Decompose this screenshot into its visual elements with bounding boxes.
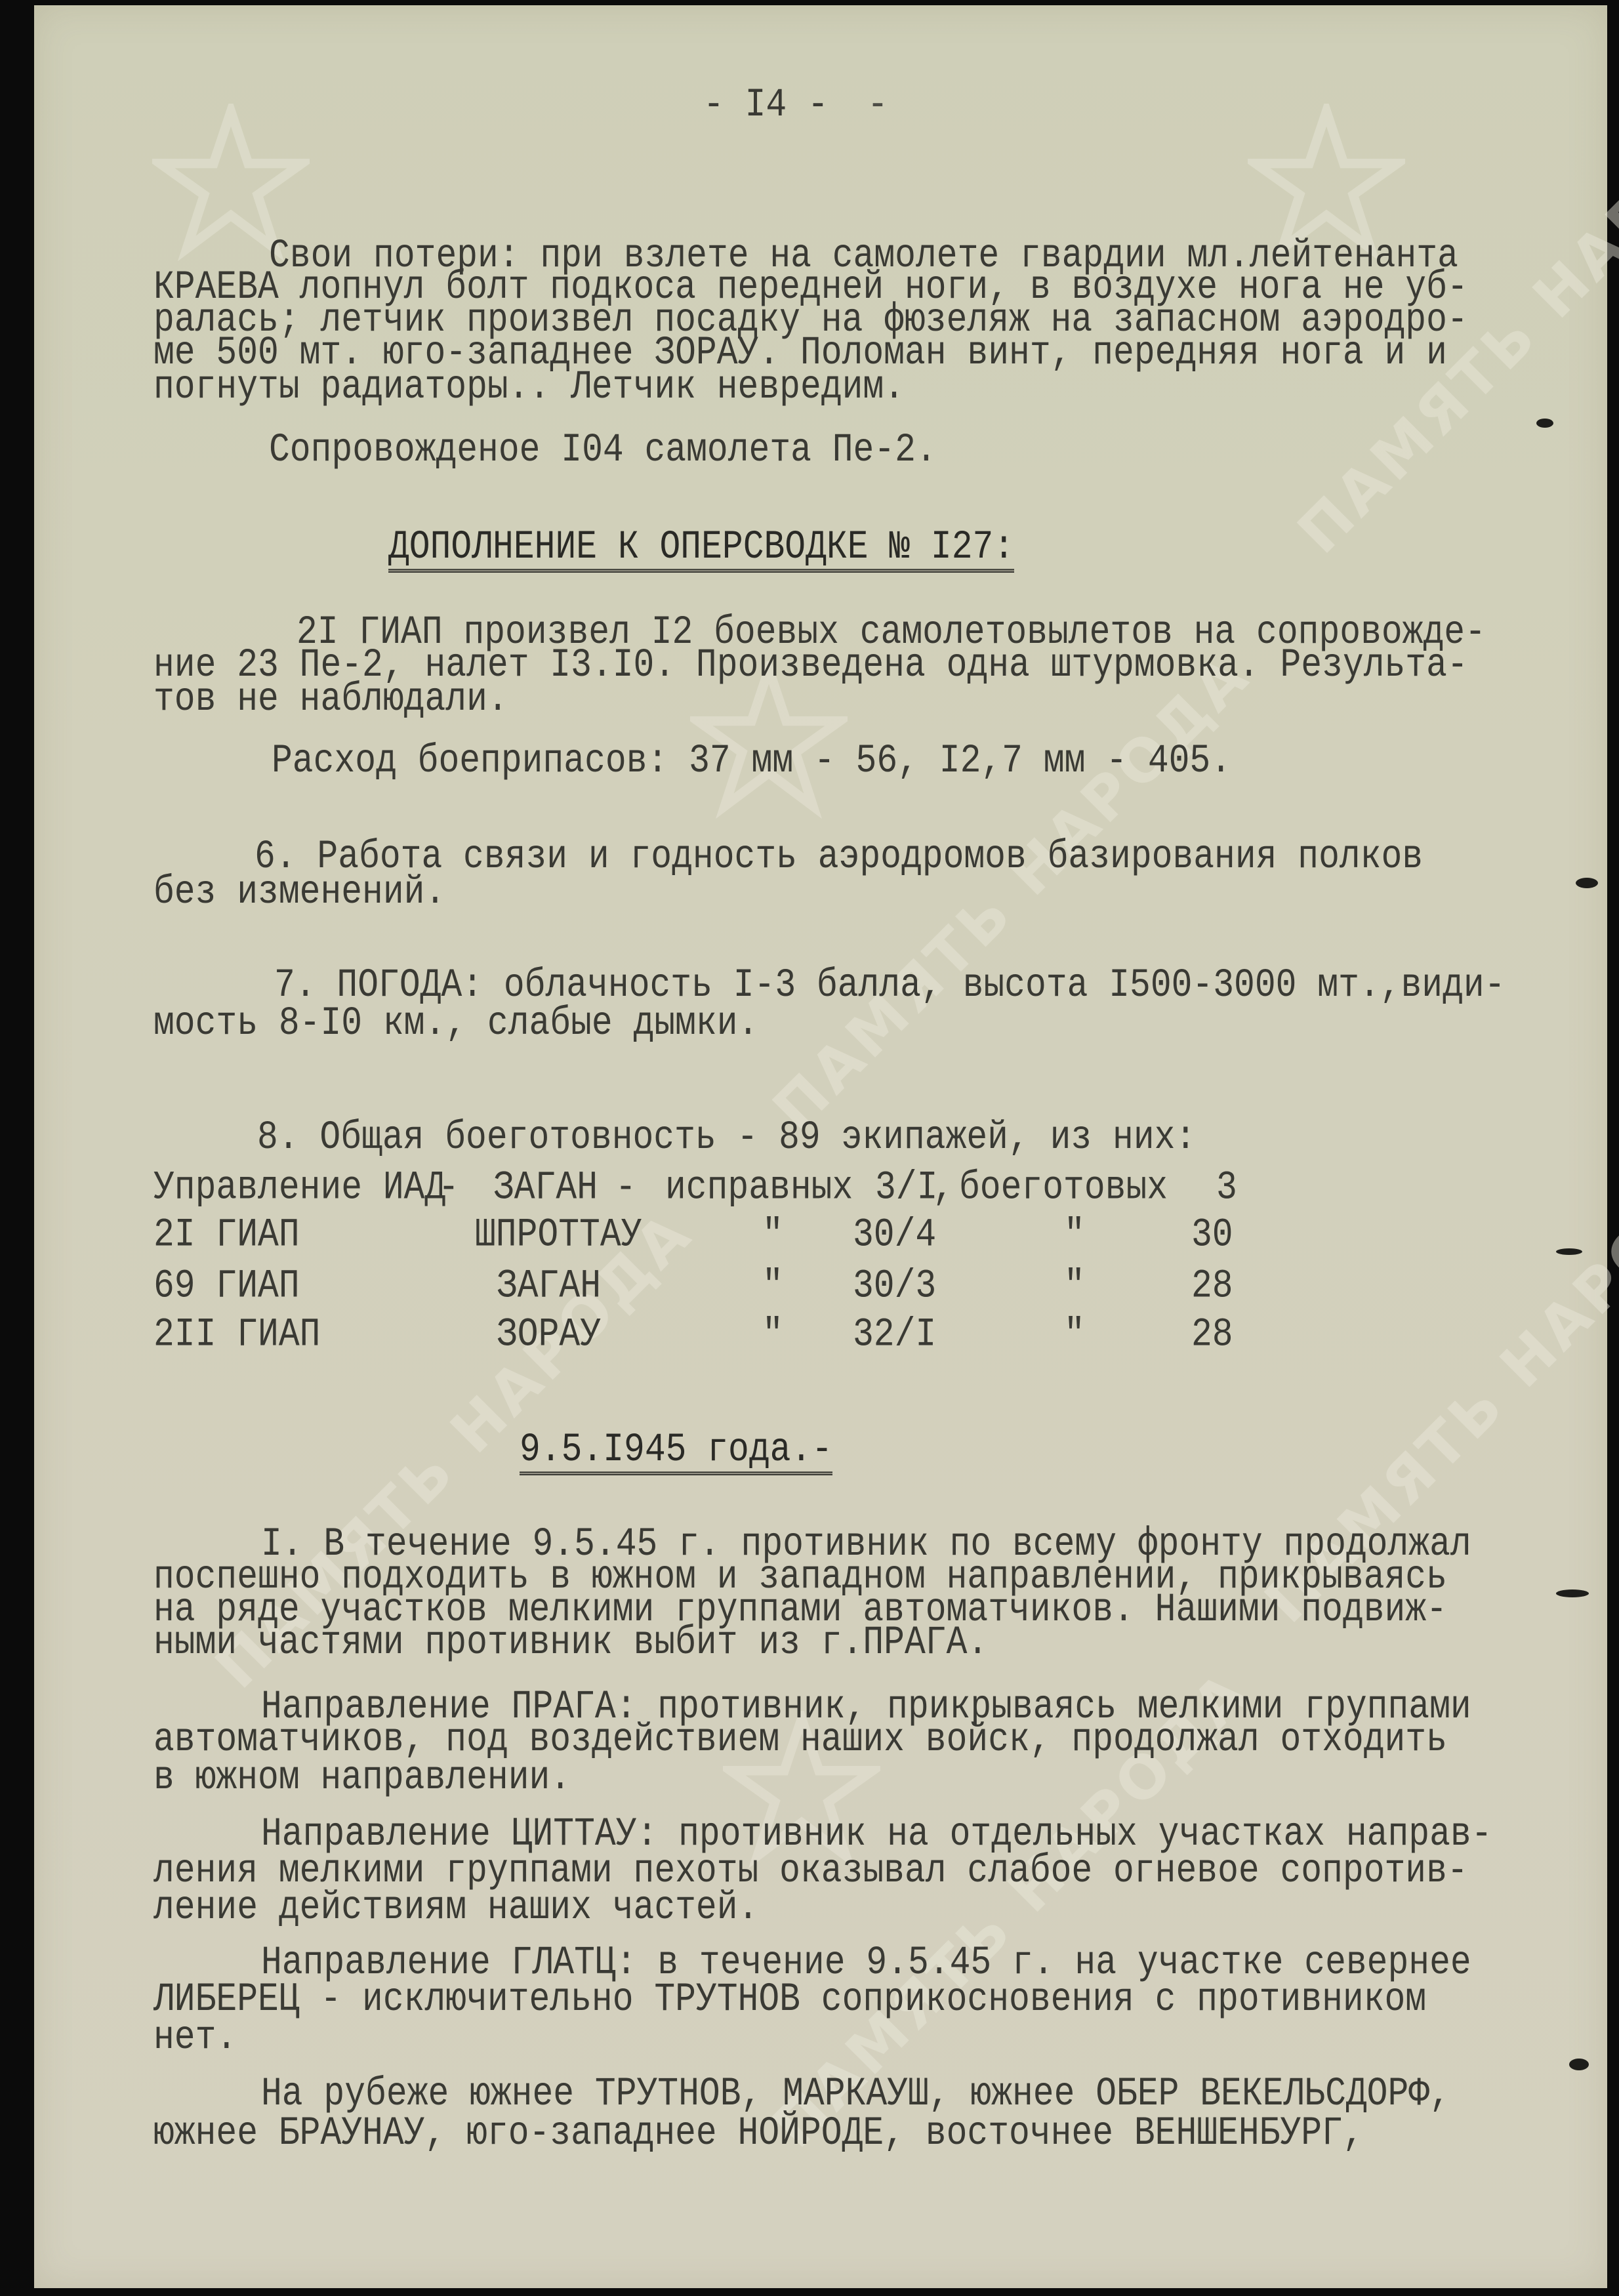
table-cell-sep: - [438,1165,459,1210]
table-cell-serviceable: 30/3 [853,1263,936,1309]
table-cell-serviceable: 32/I [853,1312,936,1357]
punch-hole-mark [1569,2059,1589,2070]
paragraph-line: без изменений. [154,872,445,912]
table-cell-ditto: " [762,1263,783,1309]
table-cell-unit: Управление ИАД [154,1165,445,1210]
punch-hole-mark [1556,1589,1589,1597]
table-cell-unit: 2II ГИАП [154,1312,320,1357]
table-cell-ready: 28 [1191,1263,1233,1309]
paragraph-line: нет. [154,2018,237,2058]
date-heading: 9.5.I945 года.- [520,1430,832,1475]
table-cell-ready-label: боеготовых [959,1165,1168,1210]
table-cell-location: ШПРОТТАУ [475,1212,642,1258]
table-cell-ditto: " [1064,1263,1085,1309]
paragraph-line: погнуты радиаторы.. Летчик невредим. [154,367,905,407]
table-cell-ready: 28 [1191,1312,1233,1357]
punch-hole-mark [1536,419,1553,428]
item-8-intro: 8. Общая боеготовность - 89 экипажей, из… [257,1118,1196,1158]
table-cell-sep: - [615,1165,636,1210]
paragraph-line: ными частями противник выбит из г.ПРАГА. [154,1623,988,1663]
document-page: ПАМЯТЬ НАРОДА ПАМЯТЬ НАРОДА ПАМЯТЬ НАРОД… [34,5,1607,2288]
table-cell-serviceable: 30/4 [853,1212,936,1258]
paragraph-line: ление действиям наших частей. [154,1888,758,1928]
paragraph-line: 7. ПОГОДА: облачность I-3 балла, высота … [274,966,1506,1006]
table-cell-location: ЗАГАН [497,1263,601,1309]
paragraph-line: ЛИБЕРЕЦ - исключительно ТРУТНОВ соприкос… [154,1980,1426,2020]
table-cell-ditto: " [762,1312,783,1357]
table-cell-comma: , [933,1165,954,1210]
paragraph-line: На рубеже южнее ТРУТНОВ, МАРКАУШ, южнее … [261,2074,1450,2114]
paragraph-line: в южном направлении. [154,1758,571,1798]
table-cell-serviceable: 3/I [875,1165,937,1210]
table-cell-unit: 2I ГИАП [154,1212,300,1258]
table-cell-unit: 69 ГИАП [154,1263,300,1309]
paragraph-line: автоматчиков, под воздействием наших вой… [154,1720,1447,1760]
table-cell-ditto: " [1064,1312,1085,1357]
page-number: - I4 - [703,85,829,125]
table-cell-ditto: " [762,1212,783,1258]
table-cell-ready: 30 [1191,1212,1233,1258]
paragraph-line: мость 8-I0 км., слабые дымки. [154,1004,758,1044]
table-cell-ready: 3 [1216,1165,1237,1210]
table-cell-ditto: " [1064,1212,1085,1258]
paragraph-line: тов не наблюдали. [154,680,508,720]
page-number-mark: - [867,85,888,125]
table-cell-serviceable-label: исправных [665,1165,853,1210]
punch-hole-mark [1576,878,1598,888]
escort-line: Сопровожденое I04 самолета Пе-2. [269,430,937,470]
punch-hole-mark [1556,1248,1582,1255]
table-cell-location: ЗАГАН [493,1165,598,1210]
table-cell-location: ЗОРАУ [497,1312,601,1357]
ammo-line: Расход боеприпасов: 37 мм - 56, I2,7 мм … [272,741,1231,781]
paragraph-line: южнее БРАУНАУ, юго-западнее НОЙРОДЕ, вос… [154,2114,1364,2154]
addendum-heading: ДОПОЛНЕНИЕ К ОПЕРСВОДКЕ № I27: [388,527,1014,573]
